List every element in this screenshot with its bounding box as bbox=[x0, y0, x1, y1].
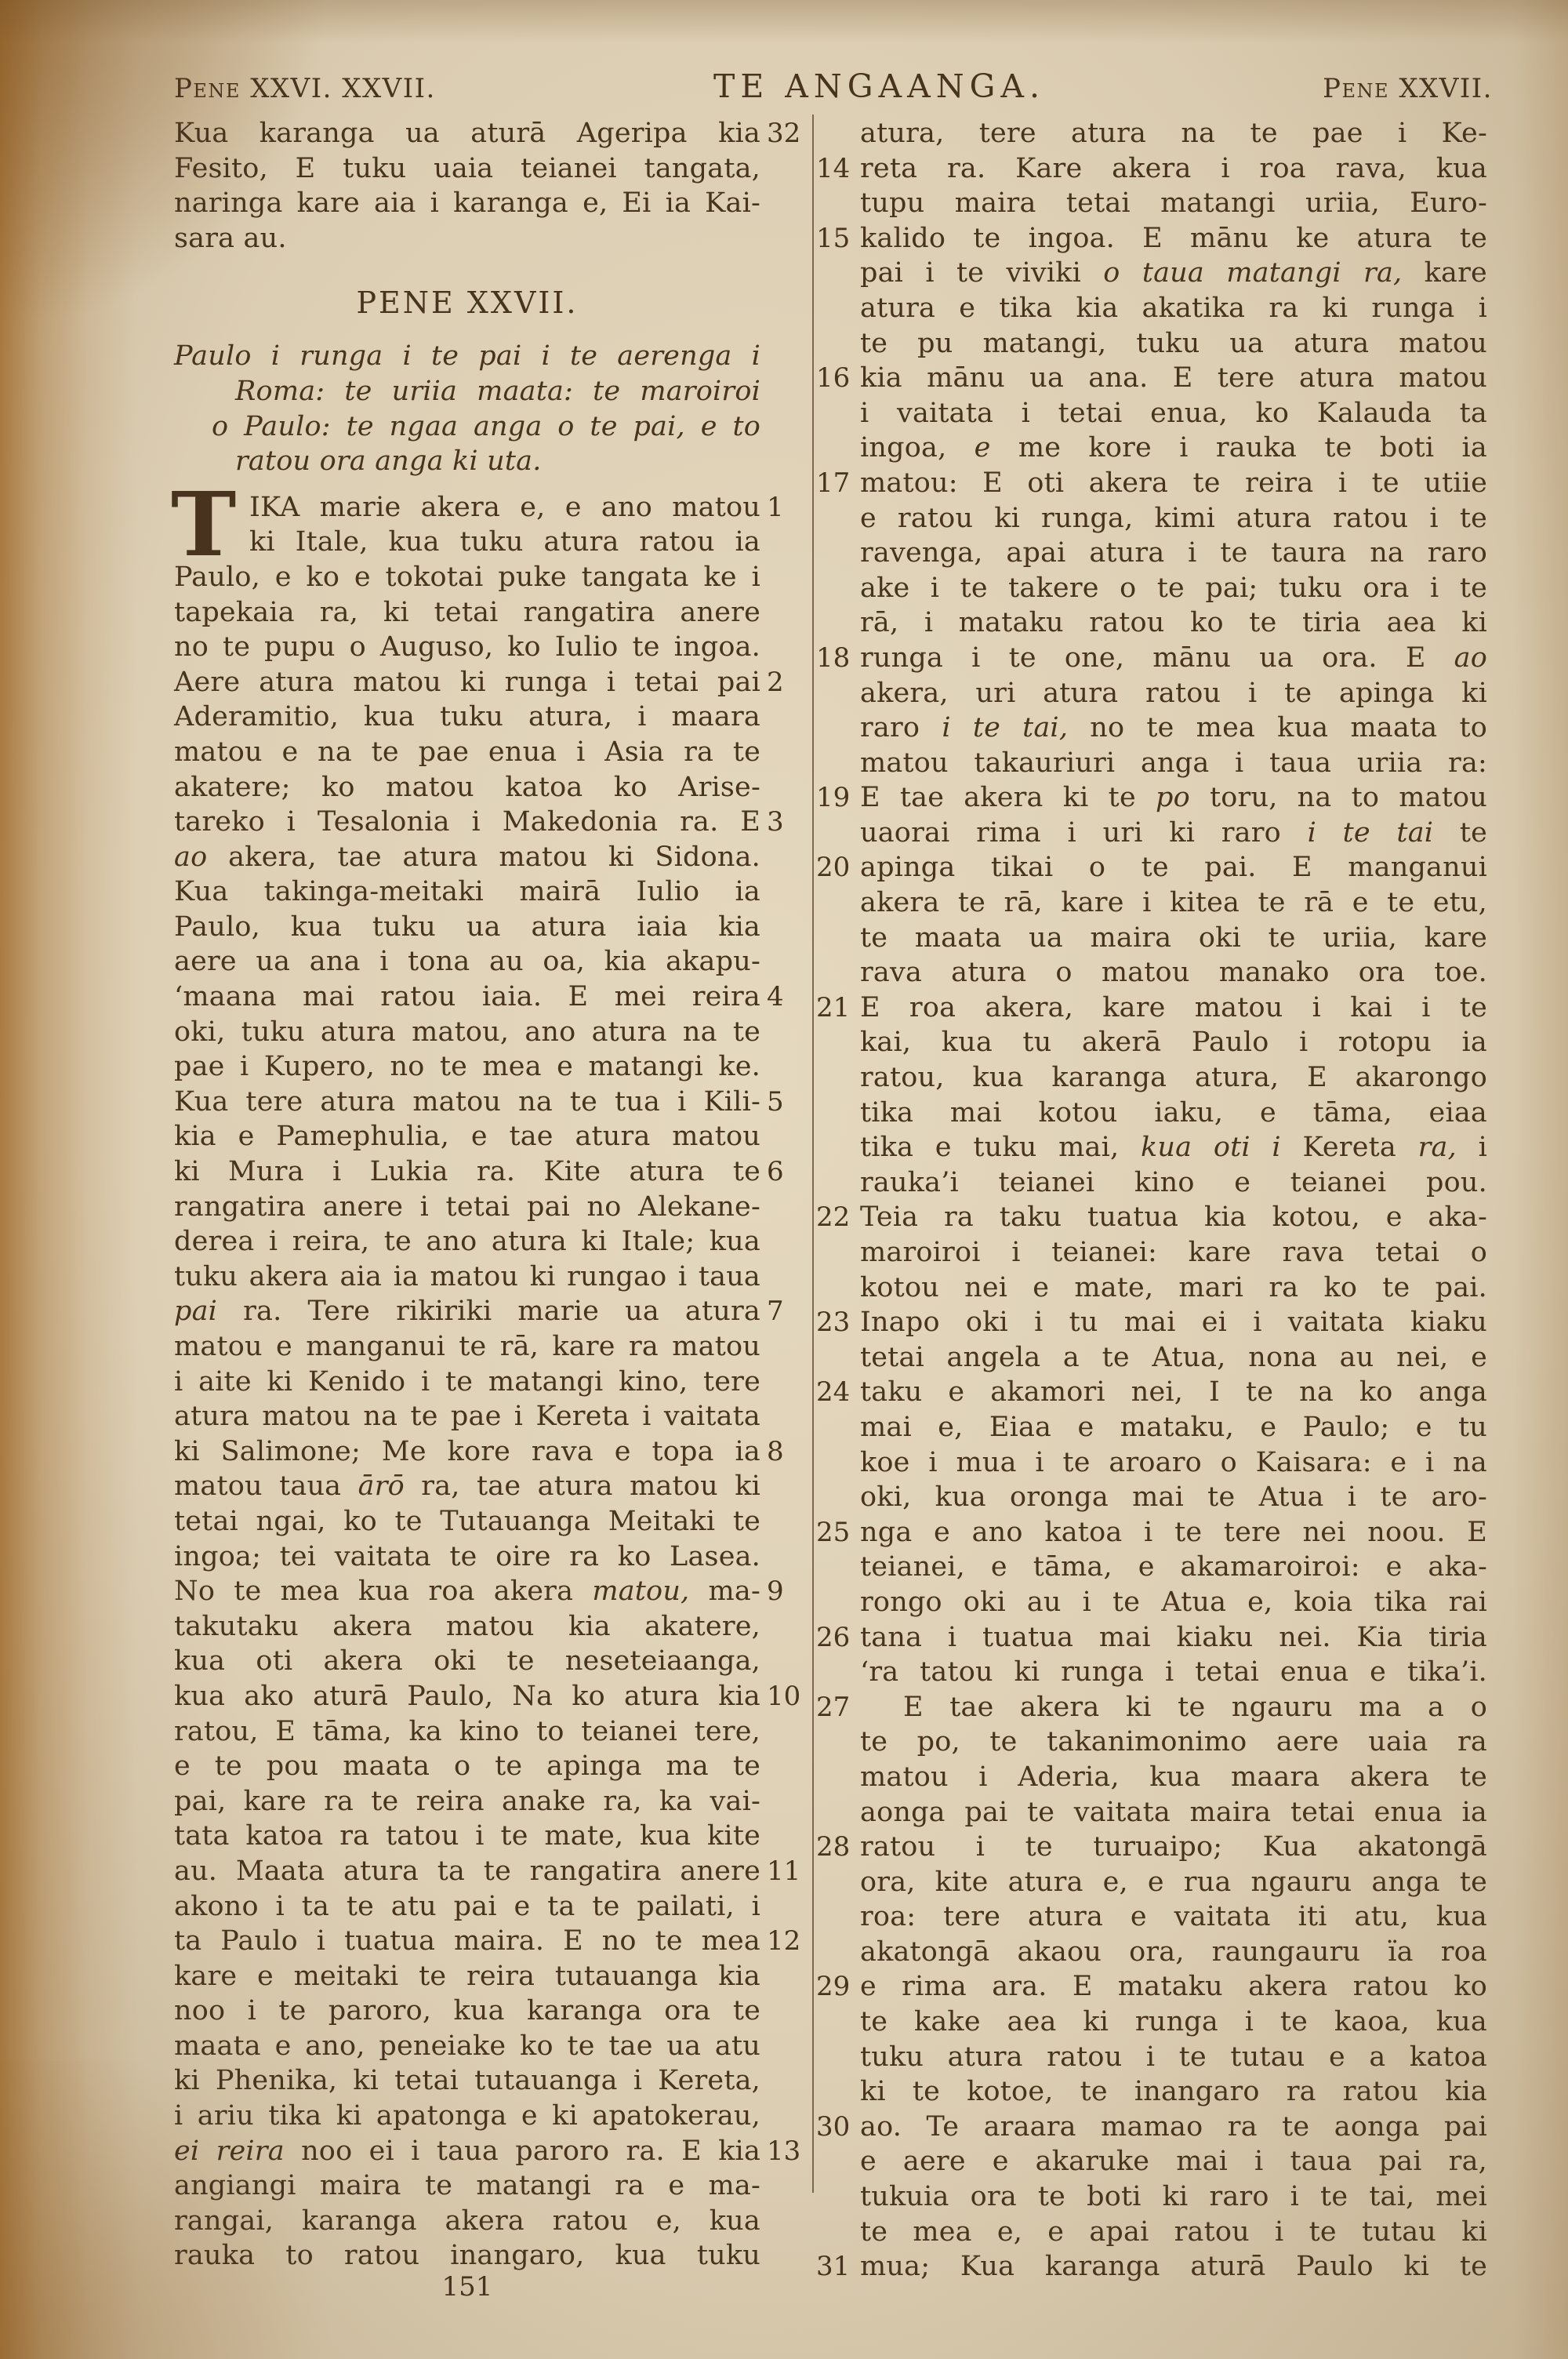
text-line: tika mai kotou iaku, e tāma, eiaa bbox=[860, 1096, 1487, 1131]
text-line: tuku akera aia ia matou ki rungao i taua bbox=[174, 1259, 760, 1295]
text-line-content: Paulo, kua tuku ua atura iaia kia bbox=[174, 911, 760, 943]
verse-number: 22 bbox=[816, 1200, 857, 1235]
text-line-content: tupu maira tetai matangi uriia, Euro- bbox=[860, 187, 1487, 219]
page-edge-shading-top bbox=[0, 0, 1568, 43]
text-line-content: oki, tuku atura matou, ano atura na te bbox=[174, 1016, 760, 1048]
text-line-content: oki, kua oronga mai te Atua i te aro- bbox=[860, 1481, 1487, 1513]
text-line-content: tana i tuatua mai kiaku nei. Kia tiria bbox=[860, 1622, 1487, 1653]
text-line-content: atura e tika kia akatika ra ki runga i bbox=[860, 293, 1487, 324]
verse-number: 23 bbox=[816, 1305, 857, 1340]
text-line: Aere atura matou ki runga i tetai pai2 bbox=[174, 665, 760, 700]
text-line: tika e tuku mai, kua oti i Kereta ra, i bbox=[860, 1130, 1487, 1165]
text-line-content: au. Maata atura ta te rangatira anere bbox=[174, 1856, 760, 1887]
text-line-content: derea i reira, te ano atura ki Itale; ku… bbox=[174, 1226, 760, 1257]
verse-number: 31 bbox=[816, 2249, 857, 2284]
text-line: tuku atura ratou i te tutau e a katoa bbox=[860, 2040, 1487, 2075]
text-line-content: takutaku akera matou kia akatere, bbox=[174, 1611, 760, 1642]
text-line: ingoa, e me kore i rauka te boti ia bbox=[860, 431, 1487, 466]
text-line-content: i aite ki Kenido i te matangi kino, tere bbox=[174, 1366, 760, 1398]
verse-number: 11 bbox=[767, 1854, 818, 1889]
text-line: pai ra. Tere rikiriki marie ua atura7 bbox=[174, 1294, 760, 1329]
text-line-content: noo i te paroro, kua karanga ora te bbox=[174, 1995, 760, 2026]
text-line: ao akera, tae atura matou ki Sidona. bbox=[174, 840, 760, 875]
verse-number: 20 bbox=[816, 850, 857, 885]
text-line-content: pai i te viviki o taua matangi ra, kare bbox=[860, 257, 1487, 289]
text-line-content: IKA marie akera e, e ano matou bbox=[249, 492, 760, 523]
text-line: ravenga, apai atura i te taura na raro bbox=[860, 536, 1487, 571]
text-line-content: e te pou maata o te apinga ma te bbox=[174, 1750, 760, 1782]
text-line-content: atura matou na te pae i Kereta i vaitata bbox=[174, 1401, 760, 1432]
text-line-content: tuku akera aia ia matou ki rungao i taua bbox=[174, 1261, 760, 1292]
text-line: maroiroi i teianei: kare rava tetai o bbox=[860, 1235, 1487, 1270]
text-line-content: rauka to ratou inangaro, kua tuku bbox=[174, 2240, 760, 2271]
text-line-content: roa: tere atura e vaitata iti atu, kua bbox=[860, 1901, 1487, 1932]
text-line-content: e rima ara. E mataku akera ratou ko bbox=[860, 1971, 1487, 2002]
text-line-content: rava atura o matou manako ora toe. bbox=[860, 957, 1487, 988]
text-line: atura matou na te pae i Kereta i vaitata bbox=[174, 1399, 760, 1434]
text-line: e rima ara. E mataku akera ratou ko29 bbox=[860, 1969, 1487, 2005]
text-line-content: kai, kua tu akerā Paulo i rotopu ia bbox=[860, 1027, 1487, 1058]
text-line-content: tika mai kotou iaku, e tāma, eiaa bbox=[860, 1097, 1487, 1129]
text-line-content: ratou i te turuaipo; Kua akatongā bbox=[860, 1831, 1487, 1863]
text-line: matou: E oti akera te reira i te utiie17 bbox=[860, 466, 1487, 501]
text-line: Teia ra taku tuatua kia kotou, e aka-22 bbox=[860, 1200, 1487, 1235]
text-line-content: ao akera, tae atura matou ki Sidona. bbox=[174, 841, 760, 873]
text-line-content: pai ra. Tere rikiriki marie ua atura bbox=[174, 1296, 760, 1327]
text-line-content: Aere atura matou ki runga i tetai pai bbox=[174, 667, 760, 698]
text-line: ki Phenika, ki tetai tutauanga i Kereta, bbox=[174, 2063, 760, 2099]
text-line-content: maata e ano, peneiake ko te tae ua atu bbox=[174, 2030, 760, 2062]
text-line: oki, tuku atura matou, ano atura na te bbox=[174, 1015, 760, 1050]
text-line: akono i ta te atu pai e ta te pailati, i bbox=[174, 1889, 760, 1925]
text-line-content: matou: E oti akera te reira i te utiie bbox=[860, 467, 1487, 499]
text-line: rangai, karanga akera ratou e, kua bbox=[174, 2204, 760, 2239]
text-line: ora, kite atura e, e rua ngauru anga te bbox=[860, 1865, 1487, 1900]
text-line: ta Paulo i tuatua maira. E no te mea12 bbox=[174, 1924, 760, 1959]
verse-number: 15 bbox=[816, 221, 857, 256]
text-line-content: kua oti akera oki te neseteiaanga, bbox=[174, 1645, 760, 1677]
text-line-content: Roma: te uriia maata: te maroiroi bbox=[235, 376, 760, 407]
verse-number: 32 bbox=[767, 116, 818, 151]
text-line: tana i tuatua mai kiaku nei. Kia tiria26 bbox=[860, 1620, 1487, 1656]
text-line-content: E tae akera ki te po toru, na to matou bbox=[860, 782, 1487, 813]
text-line: kalido te ingoa. E mānu ke atura te15 bbox=[860, 221, 1487, 256]
verse-number: 24 bbox=[816, 1375, 857, 1410]
text-line-content: ingoa; tei vaitata te oire ra ko Lasea. bbox=[174, 1541, 760, 1572]
text-line: oki, kua oronga mai te Atua i te aro- bbox=[860, 1480, 1487, 1515]
text-line: ki Mura i Lukia ra. Kite atura te6 bbox=[174, 1154, 760, 1190]
text-line: rangatira anere i tetai pai no Alekane- bbox=[174, 1190, 760, 1225]
text-line: rā, i mataku ratou ko te tiria aea ki bbox=[860, 605, 1487, 641]
running-header-title: TE ANGAANGA. bbox=[713, 67, 1045, 105]
text-line-content: reta ra. Kare akera i roa rava, kua bbox=[860, 153, 1487, 184]
text-line-content: kalido te ingoa. E mānu ke atura te bbox=[860, 223, 1487, 254]
text-line: maata e ano, peneiake ko te tae ua atu bbox=[174, 2029, 760, 2064]
verse-number: 29 bbox=[816, 1969, 857, 2005]
running-header: Pene XXVI. XXVII. TE ANGAANGA. Pene XXVI… bbox=[174, 67, 1493, 105]
running-header-right: Pene XXVII. bbox=[1323, 73, 1493, 104]
text-line: akera te rā, kare i kitea te rā e te etu… bbox=[860, 885, 1487, 921]
text-line: ki te kotoe, te inangaro ra ratou kia bbox=[860, 2074, 1487, 2110]
text-line: pai, kare ra te reira anake ra, ka vai- bbox=[174, 1784, 760, 1819]
verse-number: 5 bbox=[767, 1085, 818, 1120]
text-line: aere ua ana i tona au oa, kia akapu- bbox=[174, 944, 760, 980]
text-line: Paulo, e ko e tokotai puke tangata ke i bbox=[174, 560, 760, 595]
text-line-content: matou e manganui te rā, kare ra matou bbox=[174, 1331, 760, 1362]
text-line: tukuia ora te boti ki raro i te tai, mei bbox=[860, 2179, 1487, 2215]
right-column-text: atura, tere atura na te pae i Ke-reta ra… bbox=[860, 116, 1487, 2284]
verse-number: 10 bbox=[767, 1679, 818, 1714]
text-line-content: ʻmaana mai ratou iaia. E mei reira bbox=[174, 981, 760, 1012]
verse-number: 8 bbox=[767, 1434, 818, 1470]
text-line: Kua takinga-meitaki mairā Iulio ia bbox=[174, 874, 760, 910]
text-line: ao. Te araara mamao ra te aonga pai30 bbox=[860, 2110, 1487, 2145]
text-line-content: Paulo, e ko e tokotai puke tangata ke i bbox=[174, 562, 760, 593]
text-line: tupu maira tetai matangi uriia, Euro- bbox=[860, 186, 1487, 221]
text-line: Kua karanga ua aturā Ageripa kia32 bbox=[174, 116, 760, 151]
text-line: matou takauriuri anga i taua uriia ra: bbox=[860, 746, 1487, 781]
text-line-content: aere ua ana i tona au oa, kia akapu- bbox=[174, 946, 760, 977]
text-line-content: kotou nei e mate, mari ra ko te pai. bbox=[860, 1272, 1487, 1303]
text-line: te po, te takanimonimo aere uaia ra bbox=[860, 1725, 1487, 1760]
text-line: E tae akera ki te ngauru ma a o27 bbox=[860, 1690, 1487, 1725]
text-line-content: ei reira noo ei i taua paroro ra. E kia bbox=[174, 2135, 760, 2167]
text-line: E roa akera, kare matou i kai i te21 bbox=[860, 990, 1487, 1026]
text-line-content: Teia ra taku tuatua kia kotou, e aka- bbox=[860, 1201, 1487, 1233]
text-line-content: rā, i mataku ratou ko te tiria aea ki bbox=[860, 607, 1487, 638]
text-line: rauka to ratou inangaro, kua tuku bbox=[174, 2238, 760, 2274]
text-line: sara au. bbox=[174, 221, 760, 256]
verse-number: 2 bbox=[767, 665, 818, 700]
verse-number: 14 bbox=[816, 151, 857, 187]
text-line-content: rangai, karanga akera ratou e, kua bbox=[174, 2205, 760, 2237]
text-line: ingoa; tei vaitata te oire ra ko Lasea. bbox=[174, 1539, 760, 1575]
text-line-content: maroiroi i teianei: kare rava tetai o bbox=[860, 1237, 1487, 1268]
verse-number: 30 bbox=[816, 2110, 857, 2145]
right-column: atura, tere atura na te pae i Ke-reta ra… bbox=[860, 116, 1487, 2284]
text-line-content: e aere e akaruke mai i taua pai ra, bbox=[860, 2146, 1487, 2177]
text-line-content: pai, kare ra te reira anake ra, ka vai- bbox=[174, 1786, 760, 1817]
text-line: kare e meitaki te reira tutauanga kia bbox=[174, 1959, 760, 1994]
chapter-summary: Paulo i runga i te pai i te aerenga iRom… bbox=[174, 339, 760, 478]
text-line-content: matou e na te pae enua i Asia ra te bbox=[174, 736, 760, 768]
text-line: ei reira noo ei i taua paroro ra. E kia1… bbox=[174, 2134, 760, 2169]
text-line: kai, kua tu akerā Paulo i rotopu ia bbox=[860, 1025, 1487, 1060]
text-line-content: No te mea kua roa akera matou, ma- bbox=[174, 1576, 760, 1607]
text-line: derea i reira, te ano atura ki Itale; ku… bbox=[174, 1224, 760, 1259]
verse-number: 19 bbox=[816, 780, 857, 816]
text-line: te pu matangi, tuku ua atura matou bbox=[860, 326, 1487, 362]
body-paragraph: T IKA marie akera e, e ano matou1ki Ital… bbox=[174, 490, 760, 2274]
text-line-content: aonga pai te vaitata maira tetai enua ia bbox=[860, 1797, 1487, 1828]
chapter-heading: PENE XXVII. bbox=[174, 282, 760, 323]
text-line: ake i te takere o te pai; tuku ora i te bbox=[860, 571, 1487, 606]
text-line-content: tukuia ora te boti ki raro i te tai, mei bbox=[860, 2181, 1487, 2212]
text-line: tata katoa ra tatou i te mate, kua kite bbox=[174, 1819, 760, 1854]
text-line-content: ki Mura i Lukia ra. Kite atura te bbox=[174, 1156, 760, 1187]
text-line-content: te maata ua maira oki te uriia, kare bbox=[860, 922, 1487, 954]
text-line: Fesito, E tuku uaia teianei tangata, bbox=[174, 151, 760, 187]
text-line: Inapo oki i tu mai ei i vaitata kiaku23 bbox=[860, 1305, 1487, 1340]
verse-number: 3 bbox=[767, 805, 818, 840]
text-line-content: kia mānu ua ana. E tere atura matou bbox=[860, 362, 1487, 394]
verse-number: 25 bbox=[816, 1515, 857, 1550]
text-line: pae i Kupero, no te mea e matangi ke. bbox=[174, 1049, 760, 1085]
page-edge-shading-right bbox=[1513, 0, 1568, 2359]
text-line-content: ora, kite atura e, e rua ngauru anga te bbox=[860, 1866, 1487, 1898]
verse-number: 12 bbox=[767, 1924, 818, 1959]
text-line-content: kua ako aturā Paulo, Na ko atura kia bbox=[174, 1681, 760, 1712]
text-line: matou e na te pae enua i Asia ra te bbox=[174, 735, 760, 770]
text-line: kotou nei e mate, mari ra ko te pai. bbox=[860, 1270, 1487, 1306]
text-line: ratou, kua karanga atura, E akarongo bbox=[860, 1060, 1487, 1096]
text-line-content: nga e ano katoa i te tere nei noou. E bbox=[860, 1517, 1487, 1548]
text-line-content: rangatira anere i tetai pai no Alekane- bbox=[174, 1191, 760, 1223]
text-line-content: apinga tikai o te pai. E manganui bbox=[860, 852, 1487, 883]
text-line-content: ki Itale, kua tuku atura ratou ia bbox=[249, 526, 760, 558]
text-line-content: tapekaia ra, ki tetai rangatira anere bbox=[174, 597, 760, 628]
text-line: ratou ora anga ki uta. bbox=[174, 444, 760, 479]
text-line: akatongā akaou ora, raungauru ïa roa bbox=[860, 1935, 1487, 1970]
text-line: reta ra. Kare akera i roa rava, kua14 bbox=[860, 151, 1487, 187]
page-number: 151 bbox=[174, 2271, 760, 2303]
text-line: e te pou maata o te apinga ma te bbox=[174, 1749, 760, 1784]
text-line-content: matou taua ārō ra, tae atura matou ki bbox=[174, 1470, 760, 1502]
text-line-content: matou takauriuri anga i taua uriia ra: bbox=[860, 747, 1487, 779]
text-line: uaorai rima i uri ki raro i te tai te bbox=[860, 816, 1487, 851]
text-line: No te mea kua roa akera matou, ma-9 bbox=[174, 1574, 760, 1609]
text-line: runga i te one, mānu ua ora. E ao18 bbox=[860, 641, 1487, 676]
text-line-content: ingoa, e me kore i rauka te boti ia bbox=[860, 432, 1487, 463]
text-line-content: i ariu tika ki apatonga e ki apatokerau, bbox=[174, 2100, 760, 2132]
text-line: matou e manganui te rā, kare ra matou bbox=[174, 1329, 760, 1365]
text-line: au. Maata atura ta te rangatira anere11 bbox=[174, 1854, 760, 1889]
text-line-content: i vaitata i tetai enua, ko Kalauda ta bbox=[860, 398, 1487, 429]
text-line: Kua tere atura matou na te tua i Kili-5 bbox=[174, 1085, 760, 1120]
text-line-content: teianei, e tāma, e akamaroiroi: e aka- bbox=[860, 1551, 1487, 1583]
text-line-content: ake i te takere o te pai; tuku ora i te bbox=[860, 572, 1487, 604]
text-line-content: koe i mua i te aroaro o Kaisara: e i na bbox=[860, 1447, 1487, 1478]
text-line: koe i mua i te aroaro o Kaisara: e i na bbox=[860, 1445, 1487, 1481]
text-line: ʻmaana mai ratou iaia. E mei reira4 bbox=[174, 980, 760, 1015]
text-line: i ariu tika ki apatonga e ki apatokerau, bbox=[174, 2099, 760, 2134]
text-line-content: rauka’i teianei kino e teianei pou. bbox=[860, 1167, 1487, 1198]
text-line: apinga tikai o te pai. E manganui20 bbox=[860, 850, 1487, 885]
text-line-content: te kake aea ki runga i te kaoa, kua bbox=[860, 2006, 1487, 2037]
text-line: ki Salimone; Me kore rava e topa ia8 bbox=[174, 1434, 760, 1470]
verse-number: 27 bbox=[816, 1690, 857, 1725]
verse-number: 28 bbox=[816, 1830, 857, 1865]
verse-number: 1 bbox=[767, 490, 818, 525]
text-line-content: no te pupu o Auguso, ko Iulio te ingoa. bbox=[174, 631, 760, 663]
left-column: Kua karanga ua aturā Ageripa kia32Fesito… bbox=[174, 116, 760, 2274]
text-line: noo i te paroro, kua karanga ora te bbox=[174, 1994, 760, 2029]
text-line: o Paulo: te ngaa anga o te pai, e to bbox=[174, 409, 760, 445]
verse-number: 16 bbox=[816, 361, 857, 396]
text-line: Roma: te uriia maata: te maroiroi bbox=[174, 374, 760, 409]
text-line: no te pupu o Auguso, ko Iulio te ingoa. bbox=[174, 630, 760, 665]
text-line: nga e ano katoa i te tere nei noou. E25 bbox=[860, 1515, 1487, 1550]
text-line: angiangi maira te matangi ra e ma- bbox=[174, 2168, 760, 2204]
text-line: kua oti akera oki te neseteiaanga, bbox=[174, 1644, 760, 1679]
text-line-content: ki Salimone; Me kore rava e topa ia bbox=[174, 1436, 760, 1467]
intro-paragraph: Kua karanga ua aturā Ageripa kia32Fesito… bbox=[174, 116, 760, 256]
text-line: kia e Pamephulia, e tae atura matou bbox=[174, 1119, 760, 1154]
text-line-content: Kua karanga ua aturā Ageripa kia bbox=[174, 118, 760, 149]
text-line-content: atura, tere atura na te pae i Ke- bbox=[860, 118, 1487, 149]
text-line-content: ta Paulo i tuatua maira. E no te mea bbox=[174, 1925, 760, 1957]
text-line-content: uaorai rima i uri ki raro i te tai te bbox=[860, 817, 1487, 849]
text-line: rongo oki au i te Atua e, koia tika rai bbox=[860, 1585, 1487, 1620]
page-edge-shading-left bbox=[0, 0, 137, 2359]
text-line-content: ratou, kua karanga atura, E akarongo bbox=[860, 1062, 1487, 1093]
text-line: te kake aea ki runga i te kaoa, kua bbox=[860, 2005, 1487, 2040]
running-header-left: Pene XXVI. XXVII. bbox=[174, 73, 436, 104]
text-line: akatere; ko matou katoa ko Arise- bbox=[174, 770, 760, 805]
text-line-content: kia e Pamephulia, e tae atura matou bbox=[174, 1121, 760, 1152]
verse-number: 7 bbox=[767, 1294, 818, 1329]
text-line-content: akera te rā, kare i kitea te rā e te etu… bbox=[860, 887, 1487, 918]
text-line: takutaku akera matou kia akatere, bbox=[174, 1609, 760, 1645]
verse-number: 26 bbox=[816, 1620, 857, 1656]
text-line-content: tetai ngai, ko te Tutauanga Meitaki te bbox=[174, 1506, 760, 1537]
verse-number: 13 bbox=[767, 2134, 818, 2169]
text-line-content: raro i te tai, no te mea kua maata to bbox=[860, 712, 1487, 743]
text-line: rava atura o matou manako ora toe. bbox=[860, 955, 1487, 990]
text-line: mai e, Eiaa e mataku, e Paulo; e tu bbox=[860, 1410, 1487, 1445]
text-line: rauka’i teianei kino e teianei pou. bbox=[860, 1165, 1487, 1201]
text-line-content: akera, uri atura ratou i te apinga ki bbox=[860, 678, 1487, 709]
text-line-content: ki te kotoe, te inangaro ra ratou kia bbox=[860, 2076, 1487, 2107]
text-line-content: ratou, E tāma, ka kino to teianei tere, bbox=[174, 1716, 760, 1747]
text-line-content: Kua takinga-meitaki mairā Iulio ia bbox=[174, 876, 760, 907]
text-line: matou i Aderia, kua maara akera te bbox=[860, 1760, 1487, 1795]
text-line: i aite ki Kenido i te matangi kino, tere bbox=[174, 1365, 760, 1400]
text-line: ratou, E tāma, ka kino to teianei tere, bbox=[174, 1714, 760, 1750]
verse-number: 9 bbox=[767, 1574, 818, 1609]
text-line-content: ʻra tatou ki runga i tetai enua e tika’i… bbox=[860, 1656, 1487, 1688]
text-line-content: Paulo i runga i te pai i te aerenga i bbox=[174, 340, 760, 372]
text-line-content: E tae akera ki te ngauru ma a o bbox=[903, 1692, 1487, 1723]
text-line-content: rongo oki au i te Atua e, koia tika rai bbox=[860, 1587, 1487, 1618]
text-line-content: Kua tere atura matou na te tua i Kili- bbox=[174, 1086, 760, 1118]
text-line: te maata ua maira oki te uriia, kare bbox=[860, 921, 1487, 956]
text-line: i vaitata i tetai enua, ko Kalauda ta bbox=[860, 396, 1487, 431]
text-line: tapekaia ra, ki tetai rangatira anere bbox=[174, 595, 760, 631]
text-line: Paulo i runga i te pai i te aerenga i bbox=[174, 339, 760, 374]
text-line-content: Inapo oki i tu mai ei i vaitata kiaku bbox=[860, 1307, 1487, 1338]
text-line-content: naringa kare aia i karanga e, Ei ia Kai- bbox=[174, 187, 760, 219]
text-line-content: tika e tuku mai, kua oti i Kereta ra, i bbox=[860, 1132, 1487, 1163]
text-line: kia mānu ua ana. E tere atura matou16 bbox=[860, 361, 1487, 396]
text-line-content: tuku atura ratou i te tutau e a katoa bbox=[860, 2041, 1487, 2073]
verse-number: 17 bbox=[816, 466, 857, 501]
text-line: taku e akamori nei, I te na ko anga24 bbox=[860, 1375, 1487, 1410]
text-line-content: mua; Kua karanga aturā Paulo ki te bbox=[860, 2251, 1487, 2282]
text-line: teianei, e tāma, e akamaroiroi: e aka- bbox=[860, 1550, 1487, 1585]
text-line: Paulo, kua tuku ua atura iaia kia bbox=[174, 910, 760, 945]
text-line: atura, tere atura na te pae i Ke- bbox=[860, 116, 1487, 151]
text-line-content: akatongā akaou ora, raungauru ïa roa bbox=[860, 1936, 1487, 1968]
text-line: e ratou ki runga, kimi atura ratou i te bbox=[860, 501, 1487, 536]
text-line: ʻra tatou ki runga i tetai enua e tika’i… bbox=[860, 1655, 1487, 1690]
text-line: roa: tere atura e vaitata iti atu, kua bbox=[860, 1899, 1487, 1935]
text-line-content: sara au. bbox=[174, 223, 287, 254]
text-line: tareko i Tesalonia i Makedonia ra. E3 bbox=[174, 805, 760, 840]
text-line-content: mai e, Eiaa e mataku, e Paulo; e tu bbox=[860, 1412, 1487, 1443]
text-line-content: pae i Kupero, no te mea e matangi ke. bbox=[174, 1051, 760, 1082]
text-line-content: akatere; ko matou katoa ko Arise- bbox=[174, 772, 760, 803]
text-line-content: matou i Aderia, kua maara akera te bbox=[860, 1761, 1487, 1793]
verse-number: 21 bbox=[816, 990, 857, 1026]
verse-number: 6 bbox=[767, 1154, 818, 1190]
text-line-content: ratou ora anga ki uta. bbox=[235, 445, 542, 477]
page: { "header": { "left_running": "Pene XXVI… bbox=[0, 0, 1568, 2359]
text-line-content: Aderamitio, kua tuku atura, i maara bbox=[174, 701, 760, 732]
text-line: IKA marie akera e, e ano matou1 bbox=[174, 490, 760, 525]
verse-number: 4 bbox=[767, 980, 818, 1015]
text-line: raro i te tai, no te mea kua maata to bbox=[860, 711, 1487, 746]
text-line-content: Fesito, E tuku uaia teianei tangata, bbox=[174, 153, 760, 184]
text-line-content: ravenga, apai atura i te taura na raro bbox=[860, 537, 1487, 569]
text-line-content: angiangi maira te matangi ra e ma- bbox=[174, 2170, 760, 2201]
text-line: pai i te viviki o taua matangi ra, kare bbox=[860, 256, 1487, 291]
text-line-content: ki Phenika, ki tetai tutauanga i Kereta, bbox=[174, 2065, 760, 2096]
verse-number: 18 bbox=[816, 641, 857, 676]
text-line-content: tata katoa ra tatou i te mate, kua kite bbox=[174, 1820, 760, 1852]
text-line-content: te po, te takanimonimo aere uaia ra bbox=[860, 1726, 1487, 1757]
text-line: akera, uri atura ratou i te apinga ki bbox=[860, 676, 1487, 711]
text-line-content: ao. Te araara mamao ra te aonga pai bbox=[860, 2111, 1487, 2143]
text-line-content: te pu matangi, tuku ua atura matou bbox=[860, 328, 1487, 359]
text-line-content: runga i te one, mānu ua ora. E ao bbox=[860, 642, 1487, 674]
text-line-content: tareko i Tesalonia i Makedonia ra. E bbox=[174, 806, 760, 838]
text-line: atura e tika kia akatika ra ki runga i bbox=[860, 291, 1487, 326]
text-line: tetai ngai, ko te Tutauanga Meitaki te bbox=[174, 1504, 760, 1539]
text-line: te mea e, e apai ratou i te tutau ki bbox=[860, 2215, 1487, 2250]
text-line: Aderamitio, kua tuku atura, i maara bbox=[174, 700, 760, 735]
text-line-content: e ratou ki runga, kimi atura ratou i te bbox=[860, 503, 1487, 534]
text-line: tetai angela a te Atua, nona au nei, e bbox=[860, 1340, 1487, 1376]
text-line: matou taua ārō ra, tae atura matou ki bbox=[174, 1469, 760, 1504]
text-line-content: E roa akera, kare matou i kai i te bbox=[860, 992, 1487, 1023]
text-line-content: tetai angela a te Atua, nona au nei, e bbox=[860, 1342, 1487, 1373]
text-line-content: akono i ta te atu pai e ta te pailati, i bbox=[174, 1891, 760, 1922]
text-line-content: te mea e, e apai ratou i te tutau ki bbox=[860, 2216, 1487, 2248]
text-line: kua ako aturā Paulo, Na ko atura kia10 bbox=[174, 1679, 760, 1714]
text-line: ki Itale, kua tuku atura ratou ia bbox=[174, 525, 760, 560]
text-line-content: taku e akamori nei, I te na ko anga bbox=[860, 1376, 1487, 1408]
text-line: aonga pai te vaitata maira tetai enua ia bbox=[860, 1795, 1487, 1830]
text-line: E tae akera ki te po toru, na to matou19 bbox=[860, 780, 1487, 816]
text-line-content: kare e meitaki te reira tutauanga kia bbox=[174, 1961, 760, 1992]
text-line: mua; Kua karanga aturā Paulo ki te31 bbox=[860, 2249, 1487, 2284]
text-line: ratou i te turuaipo; Kua akatongā28 bbox=[860, 1830, 1487, 1865]
text-line: naringa kare aia i karanga e, Ei ia Kai- bbox=[174, 186, 760, 221]
text-line-content: o Paulo: te ngaa anga o te pai, e to bbox=[212, 411, 760, 442]
text-line: e aere e akaruke mai i taua pai ra, bbox=[860, 2144, 1487, 2179]
